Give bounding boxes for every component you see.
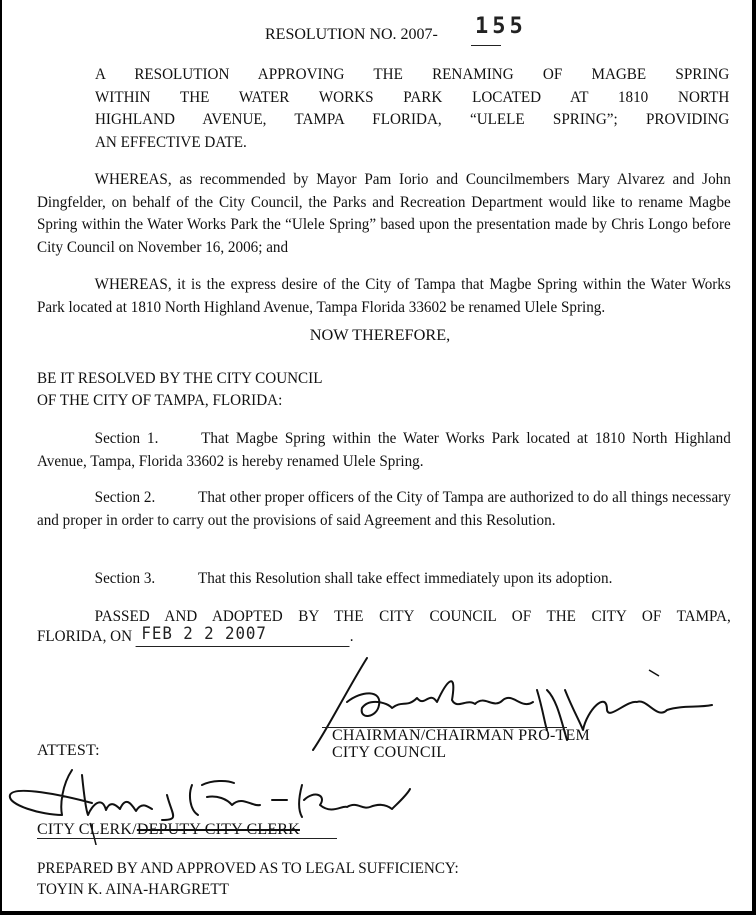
caption-line: HIGHLAND AVENUE, TAMPA FLORIDA, “ULELE S… — [95, 108, 729, 131]
city-clerk-signature-line — [37, 838, 337, 839]
caption-line: WITHIN THE WATER WORKS PARK LOCATED AT 1… — [95, 86, 729, 109]
resolution-label: RESOLUTION NO. 2007- — [265, 26, 438, 43]
city-clerk-title-kept: CITY CLERK/ — [37, 821, 137, 838]
resolution-caption: A RESOLUTION APPROVING THE RENAMING OF M… — [95, 63, 729, 153]
resolved-line-1: BE IT RESOLVED BY THE CITY COUNCIL — [37, 370, 322, 386]
passed-line-2: FLORIDA, ON FEB 2 2 2007. — [37, 625, 354, 647]
passed-suffix: . — [350, 626, 354, 645]
whereas-paragraph-2: WHEREAS, it is the express desire of the… — [37, 273, 731, 318]
city-clerk-title: CITY CLERK/DEPUTY CITY CLERK — [37, 822, 300, 838]
section-text: That this Resolution shall take effect i… — [198, 568, 612, 587]
resolution-number-underline — [471, 45, 501, 46]
prepared-by-line: PREPARED BY AND APPROVED AS TO LEGAL SUF… — [37, 860, 459, 876]
caption-line: A RESOLUTION APPROVING THE RENAMING OF M… — [95, 63, 729, 86]
caption-line: AN EFFECTIVE DATE. — [95, 131, 729, 154]
chairman-title: CHAIRMAN/CHAIRMAN PRO-TEM — [332, 728, 590, 744]
passed-prefix: FLORIDA, ON — [37, 626, 132, 645]
resolution-number: 155 — [475, 14, 527, 39]
section-label: Section 3. — [95, 568, 156, 587]
city-council-label: CITY COUNCIL — [332, 745, 446, 761]
adoption-date-stamp: FEB 2 2 2007 — [141, 623, 266, 645]
resolution-document: RESOLUTION NO. 2007- 155 A RESOLUTION AP… — [0, 0, 756, 915]
whereas-paragraph-1: WHEREAS, as recommended by Mayor Pam Ior… — [37, 168, 731, 258]
prepared-by-name: TOYIN K. AINA-HARGRETT — [37, 881, 229, 897]
resolution-title: RESOLUTION NO. 2007- — [265, 27, 438, 43]
resolved-line-2: OF THE CITY OF TAMPA, FLORIDA: — [37, 392, 282, 408]
deputy-city-clerk-struck: DEPUTY CITY CLERK — [137, 821, 300, 838]
section-1: Section 1.That Magbe Spring within the W… — [37, 427, 731, 472]
section-label: Section 2. — [95, 487, 156, 506]
adoption-date-field: FEB 2 2 2007 — [136, 628, 350, 647]
section-label: Section 1. — [95, 428, 159, 447]
now-therefore-heading: NOW THEREFORE, — [2, 327, 756, 343]
section-2: Section 2.That other proper officers of … — [37, 486, 731, 531]
attest-label: ATTEST: — [37, 743, 100, 759]
section-3: Section 3.That this Resolution shall tak… — [37, 567, 731, 590]
